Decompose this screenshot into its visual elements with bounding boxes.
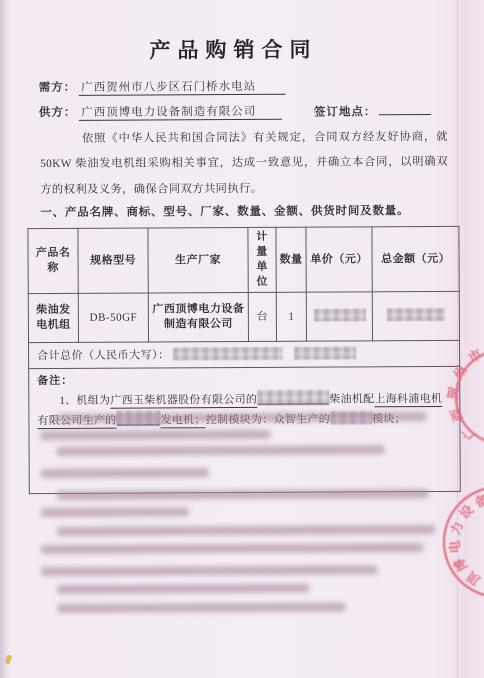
redacted-line xyxy=(41,468,209,478)
redacted-line xyxy=(41,543,423,554)
col-product-name: 产品名称 xyxy=(28,228,78,293)
redacted-line xyxy=(41,507,189,517)
cell-product-name: 柴油发电机组 xyxy=(28,293,78,342)
col-unit: 计量单位 xyxy=(248,227,276,292)
cell-model: DB-50GF xyxy=(78,293,148,342)
cell-manufacturer: 广西顶博电力设备制造有限公司 xyxy=(148,292,248,342)
svg-text:广西贺州市公: 广西贺州市公 xyxy=(443,337,484,445)
supplier-line: 供方： 广西顶博电力设备制造有限公司 xyxy=(39,103,282,120)
buyer-line: 需方： 广西贺州市八步区石门桥水电站 xyxy=(39,78,286,95)
redacted-line xyxy=(40,430,270,440)
official-stamp-lower: 顶博电力设备制造有限 xyxy=(437,480,484,604)
redacted-line xyxy=(57,602,345,613)
table-sum-row: 合计总价（人民币大写）： xyxy=(29,340,460,368)
supplier-label: 供方： xyxy=(39,107,77,119)
section-one-heading: 一、产品名牌、商标、型号、厂家、数量、金额、供货时间及数量。 xyxy=(40,202,409,220)
redacted-line xyxy=(57,584,309,594)
official-stamp-upper: 广西贺州市公 xyxy=(443,337,484,457)
signing-place-line: 签订地点： xyxy=(314,102,431,120)
cell-unit: 台 xyxy=(248,292,276,341)
redacted-line xyxy=(57,489,429,500)
intro-paragraph: 依照《中华人民共和国合同法》有关规定，合同双方经友好协商，就 50KW 柴油发电… xyxy=(40,125,448,203)
col-manufacturer: 生产厂家 xyxy=(148,227,248,293)
redacted-line xyxy=(57,525,435,536)
col-total: 总金额（元） xyxy=(372,226,459,291)
cell-total xyxy=(372,291,459,340)
remark1-text-2: 柴油机配 xyxy=(329,393,374,405)
signing-place-label: 签订地点： xyxy=(314,106,377,118)
buyer-label: 需方： xyxy=(39,82,77,94)
col-model: 规格型号 xyxy=(78,228,148,293)
stamp-upper-text: 广西贺州市公 xyxy=(443,337,484,445)
signing-place-blank xyxy=(379,102,431,115)
contract-content: 产品购销合同 需方： 广西贺州市八步区石门桥水电站 供方： 广西顶博电力设备制造… xyxy=(0,0,484,678)
sum-cell: 合计总价（人民币大写）： xyxy=(29,340,460,368)
table-header-row: 产品名称 规格型号 生产厂家 计量单位 数量 单价（元） 总金额（元） xyxy=(28,226,459,293)
cell-qty: 1 xyxy=(276,292,306,341)
redacted-engine-model xyxy=(257,390,329,405)
supplier-value: 广西顶博电力设备制造有限公司 xyxy=(79,106,282,121)
col-qty: 数量 xyxy=(276,227,306,292)
contract-page: 产品购销合同 需方： 广西贺州市八步区石门桥水电站 供方： 广西顶博电力设备制造… xyxy=(0,0,484,678)
redacted-sum-words-2 xyxy=(294,346,356,359)
remark-item-1: 1、机组为广西玉柴机器股份有限公司的柴油机配上海科浦电机有限公司生产的发电机；控… xyxy=(37,389,451,431)
remark1-underlined-1: 广西玉柴机器股份有限公司的 xyxy=(110,394,257,409)
sum-label: 合计总价（人民币大写）： xyxy=(37,349,170,362)
buyer-value: 广西贺州市八步区石门桥水电站 xyxy=(79,81,286,96)
contract-title: 产品购销合同 xyxy=(0,33,469,65)
remark1-text: 1、机组为 xyxy=(59,395,110,407)
redacted-line xyxy=(41,565,377,576)
redacted-line xyxy=(57,445,385,456)
cell-unit-price xyxy=(306,292,372,341)
redacted-unit-price xyxy=(313,308,365,321)
redacted-total xyxy=(387,308,445,321)
table-row: 柴油发电机组 DB-50GF 广西顶博电力设备制造有限公司 台 1 xyxy=(28,291,459,342)
remark-label: 备注： xyxy=(37,372,451,389)
col-unit-price: 单价（元） xyxy=(306,227,372,292)
redacted-sum-words-1 xyxy=(173,346,283,360)
